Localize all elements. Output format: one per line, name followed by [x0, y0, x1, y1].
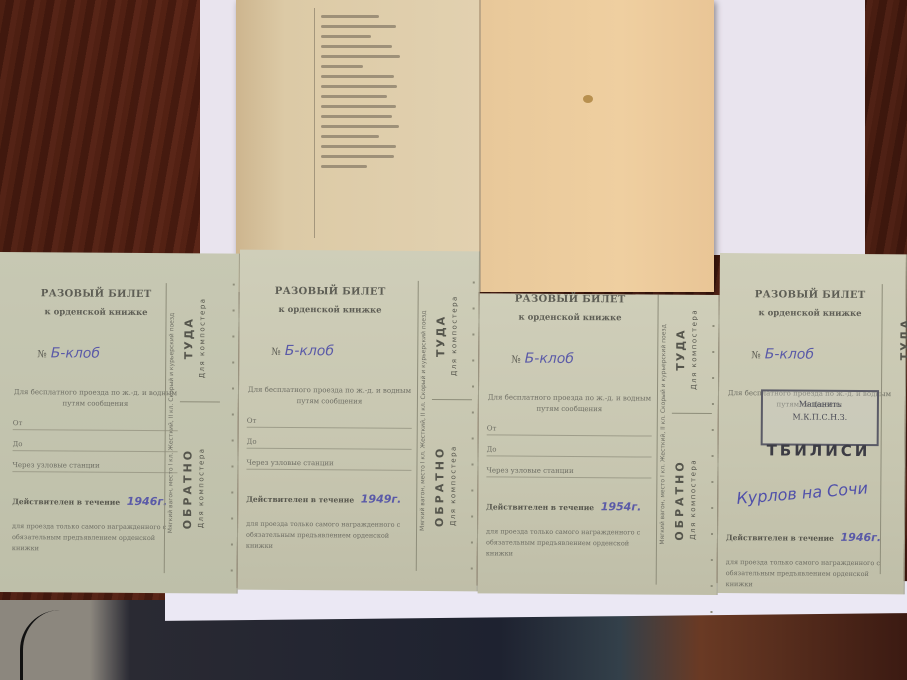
free-travel-text: Для бесплатного проезда по ж.-д. и водны… [13, 387, 178, 410]
ticket-title: РАЗОВЫЙ БИЛЕТ [728, 289, 893, 301]
ticket-title: РАЗОВЫЙ БИЛЕТ [488, 293, 653, 305]
ticket-stub: Мягкий вагон, место I кл. Жесткий, II кл… [416, 281, 472, 571]
ticket-stub: Мягкий вагон, место I кл. Жесткий, II кл… [656, 295, 712, 585]
ticket-footnote: для проезда только самого награжденного … [246, 519, 411, 553]
ticket-subtitle: к орденской книжке [14, 307, 179, 318]
stub-punch-label: Для компостера [198, 283, 207, 393]
stub-class-info: Мягкий вагон, место I кл. Жесткий, II кл… [167, 283, 176, 563]
railway-stamp: Мацанить М.К.П.С.Н.З. [761, 389, 879, 446]
stub-outbound: ТУДА [674, 295, 688, 405]
validity: Действителен в течение 1954г. [486, 499, 651, 513]
ticket-number: №Б-клоб [727, 346, 892, 363]
handwritten-year: 1946г. [840, 531, 881, 544]
handwritten-number: Б-клоб [525, 351, 574, 367]
booklet-right-page [481, 0, 714, 292]
stub-return: ОБРАТНО [181, 413, 195, 563]
ticket-title: РАЗОВЫЙ БИЛЕТ [248, 286, 413, 298]
ticket-footnote: для проезда только самого награжденного … [726, 557, 891, 591]
ticket-2: РАЗОВЫЙ БИЛЕТ к орденской книжке №Б-клоб… [238, 250, 480, 592]
ticket-footnote: для проезда только самого награжденного … [12, 521, 177, 555]
to-field: До [13, 440, 178, 452]
free-travel-text: Для бесплатного проезда по ж.-д. и водны… [247, 385, 412, 408]
validity: Действителен в течение 1946г. [12, 494, 177, 508]
ticket-3: РАЗОВЫЙ БИЛЕТ к орденской книжке №Б-клоб… [478, 293, 720, 595]
to-field: До [247, 438, 412, 450]
handwritten-number: Б-клоб [765, 346, 814, 362]
ticket-1: РАЗОВЫЙ БИЛЕТ к орденской книжке №Б-клоб… [0, 252, 240, 594]
to-field: До [487, 445, 652, 457]
ticket-footnote: для проезда только самого награжденного … [486, 526, 651, 560]
stub-outbound: ТУДА [434, 281, 448, 391]
photo-scene: РАЗОВЫЙ БИЛЕТ к орденской книжке №Б-клоб… [0, 0, 907, 680]
handwritten-number: Б-клоб [51, 345, 100, 361]
paper-stain [583, 95, 593, 103]
validity: Действителен в течение 1949г. [246, 492, 411, 506]
booklet-left-page [236, 0, 481, 292]
stub-outbound: ТУДА [182, 283, 196, 393]
stamp-city: ТБИЛИСИ [767, 441, 871, 460]
free-travel-text: Для бесплатного проезда по ж.-д. и водны… [487, 392, 652, 415]
stub-punch-label: Для компостера [690, 295, 699, 405]
stub-punch-label: Для компостера [689, 425, 698, 575]
order-booklet [236, 0, 714, 292]
ticket-strip: РАЗОВЫЙ БИЛЕТ к орденской книжке №Б-клоб… [0, 248, 907, 599]
via-field: Через узловые станции [486, 466, 651, 478]
stub-punch-label: Для компостера [197, 413, 206, 563]
stub-return: ОБРАТНО [433, 411, 447, 561]
handwritten-year: 1949г. [361, 493, 402, 506]
via-field: Через узловые станции [12, 461, 177, 473]
ticket-subtitle: к орденской книжке [728, 308, 893, 319]
stub-class-info: Мягкий вагон, место I кл. Жесткий, II кл… [419, 281, 428, 561]
ticket-stub: Мягкий вагон, место I кл. Жесткий, II кл… [164, 283, 220, 573]
ticket-subtitle: к орденской книжке [487, 312, 652, 323]
ticket-4: РАЗОВЫЙ БИЛЕТ к орденской книжке №Б-клоб… [718, 253, 907, 594]
handwritten-year: 1946г. [127, 495, 168, 508]
ticket-number: №Б-клоб [487, 350, 652, 367]
ticket-number: №Б-клоб [247, 343, 412, 360]
stub-outbound: ТУДА [898, 284, 907, 394]
validity: Действителен в течение 1946г. [726, 530, 891, 544]
from-field: От [13, 419, 178, 431]
ticket-subtitle: к орденской книжке [248, 305, 413, 316]
handwritten-number: Б-клоб [285, 343, 334, 359]
from-field: От [247, 417, 412, 429]
stub-punch-label: Для компостера [450, 281, 459, 391]
ticket-number: №Б-клоб [13, 345, 178, 362]
booklet-rules-text [314, 8, 404, 238]
ticket-stub: ТУДА [880, 284, 907, 574]
handwritten-year: 1954г. [601, 500, 642, 513]
perforation [231, 284, 235, 574]
stub-punch-label: Для компостера [449, 411, 458, 561]
stub-class-info: Мягкий вагон, место I кл. Жесткий, II кл… [659, 295, 668, 575]
from-field: От [487, 424, 652, 436]
via-field: Через узловые станции [246, 459, 411, 471]
ticket-title: РАЗОВЫЙ БИЛЕТ [14, 288, 179, 300]
stub-return: ОБРАТНО [673, 425, 687, 575]
